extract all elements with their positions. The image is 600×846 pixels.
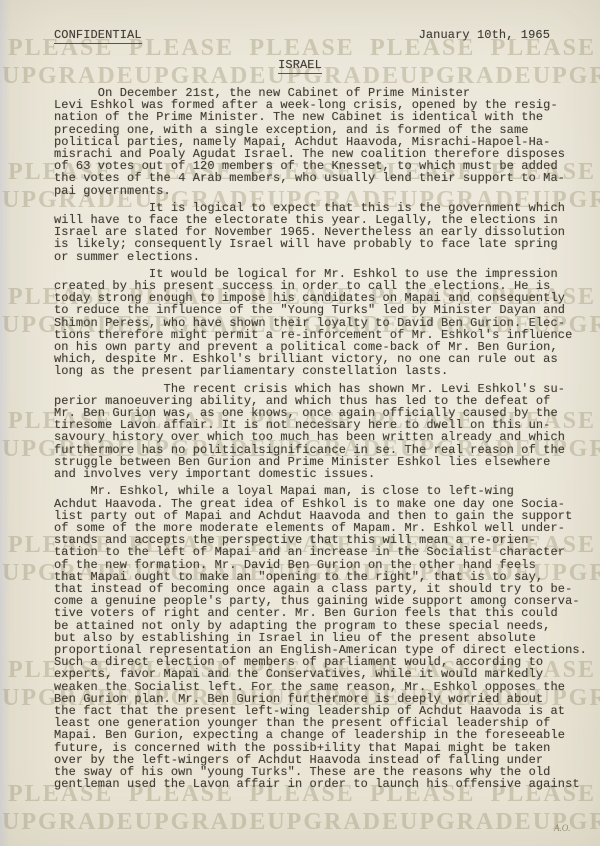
document-content: CONFIDENTIAL January 10th, 1965 ISRAEL O… <box>0 0 600 846</box>
paragraph: It would be logical for Mr. Eshkol to us… <box>54 268 600 378</box>
paragraph: The recent crisis which has shown Mr. Le… <box>54 383 600 481</box>
paragraph: Mr. Eshkol, while a loyal Mapai man, is … <box>54 485 600 790</box>
document-body: On December 21st, the new Cabinet of Pri… <box>54 87 600 790</box>
classification-stamp: CONFIDENTIAL <box>54 28 142 44</box>
document-header: CONFIDENTIAL January 10th, 1965 <box>54 28 550 44</box>
paragraph: On December 21st, the new Cabinet of Pri… <box>54 87 600 197</box>
document-title: ISRAEL <box>0 59 600 72</box>
document-date: January 10th, 1965 <box>419 28 550 42</box>
paragraph: It is logical to expect that this is the… <box>54 202 600 263</box>
document-title-text: ISRAEL <box>278 58 322 74</box>
corner-annotation: A.O. <box>554 823 571 833</box>
scanned-document-page: PLEASEPLEASEPLEASEPLEASEPLEASEUPGRADEUPG… <box>0 0 600 846</box>
